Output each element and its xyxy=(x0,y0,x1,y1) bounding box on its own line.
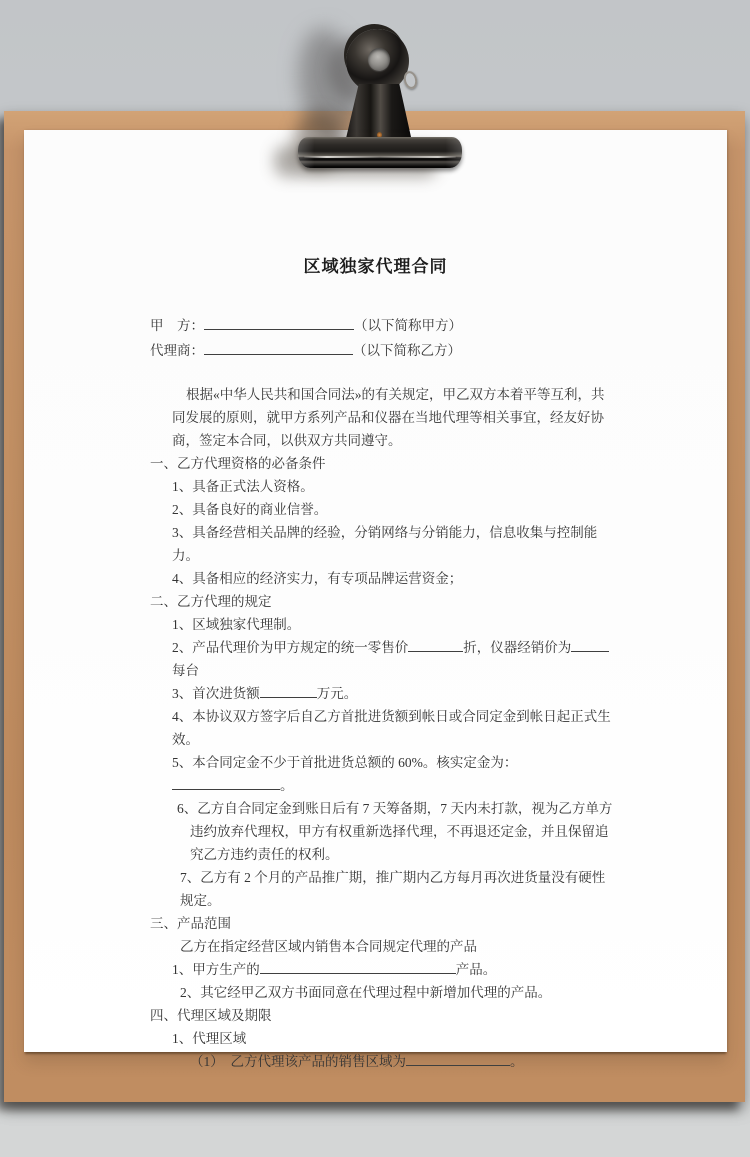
contract-line: 2、产品代理价为甲方规定的统一零售价折，仪器经销价为每台 xyxy=(172,636,615,682)
contract-text: 4、本协议双方签字后自乙方首批进货额到帐日或合同定金到帐日起正式生效。 xyxy=(172,709,611,747)
contract-line: 3、首次进货额万元。 xyxy=(172,682,615,705)
blank-underline xyxy=(571,639,609,652)
contract-text: 1、具备正式法人资格。 xyxy=(172,479,314,494)
section-heading-2: 二、乙方代理的规定 xyxy=(150,590,615,613)
party-line-dailishang: 代理商：（以下简称乙方） xyxy=(150,338,615,363)
contract-text: 2、其它经甲乙双方书面同意在代理过程中新增加代理的产品。 xyxy=(180,985,551,1000)
contract-line: 乙方在指定经营区域内销售本合同规定代理的产品 xyxy=(180,935,615,958)
contract-text: 折，仪器经销价为 xyxy=(463,640,571,655)
contract-text: 3、具备经营相关品牌的经验，分销网络与分销能力，信息收集与控制能力。 xyxy=(172,525,597,563)
contract-text: 6、乙方自合同定金到账日后有 7 天筹备期，7 天内未打款，视为乙方单方违约放弃… xyxy=(177,801,612,862)
contract-text: 2、具备良好的商业信誉。 xyxy=(172,502,327,517)
photo-background: 区域独家代理合同 甲 方：（以下简称甲方）代理商：（以下简称乙方）根据«中华人民… xyxy=(0,0,750,1157)
contract-line: 3、具备经营相关品牌的经验，分销网络与分销能力，信息收集与控制能力。 xyxy=(172,521,615,567)
blank-underline xyxy=(260,961,456,974)
contract-text: （以下简称甲方） xyxy=(354,318,462,333)
blank-underline xyxy=(204,342,353,355)
contract-text: 甲 方： xyxy=(150,318,204,333)
contract-title: 区域独家代理合同 xyxy=(143,252,608,277)
contract-line: 6、乙方自合同定金到账日后有 7 天筹备期，7 天内未打款，视为乙方单方违约放弃… xyxy=(190,797,615,866)
contract-line: 1、具备正式法人资格。 xyxy=(172,475,615,498)
party-line-jiafang: 甲 方：（以下简称甲方） xyxy=(150,313,615,338)
contract-line: 4、具备相应的经济实力，有专项品牌运营资金； xyxy=(172,567,615,590)
intro-paragraph: 根据«中华人民共和国合同法»的有关规定，甲乙双方本着平等互利，共同发展的原则，就… xyxy=(172,383,615,452)
contract-text: 一、乙方代理资格的必备条件 xyxy=(150,456,326,471)
contract-line: （1） 乙方代理该产品的销售区域为。 xyxy=(190,1050,615,1073)
clip-latch xyxy=(402,70,419,91)
contract-line: 1、代理区域 xyxy=(172,1027,615,1050)
blank-underline xyxy=(204,317,354,330)
contract-line: 5、本合同定金不少于首批进货总额的 60%。核实定金为：。 xyxy=(172,751,615,797)
contract-text: （以下简称乙方） xyxy=(353,343,461,358)
contract-text: （1） 乙方代理该产品的销售区域为 xyxy=(190,1054,406,1069)
contract-text: 三、产品范围 xyxy=(150,916,231,931)
section-heading-1: 一、乙方代理资格的必备条件 xyxy=(150,452,615,475)
contract-text: 1、区域独家代理制。 xyxy=(172,617,300,632)
blank-underline xyxy=(408,639,463,652)
contract-text: 3、首次进货额 xyxy=(172,686,260,701)
section-heading-4: 四、代理区域及期限 xyxy=(150,1004,615,1027)
contract-text: 5、本合同定金不少于首批进货总额的 60%。核实定金为： xyxy=(172,755,517,770)
clip-hole xyxy=(368,48,390,71)
contract-text: 。 xyxy=(280,778,294,793)
section-heading-3: 三、产品范围 xyxy=(150,912,615,935)
contract-text: 乙方在指定经营区域内销售本合同规定代理的产品 xyxy=(180,939,477,954)
contract-text: 代理商： xyxy=(150,343,204,358)
contract-body: 甲 方：（以下简称甲方）代理商：（以下简称乙方）根据«中华人民共和国合同法»的有… xyxy=(150,313,615,1073)
blank-underline xyxy=(260,685,317,698)
contract-text: 4、具备相应的经济实力，有专项品牌运营资金； xyxy=(172,571,462,586)
contract-text: 四、代理区域及期限 xyxy=(150,1008,272,1023)
contract-line: 7、乙方有 2 个月的产品推广期，推广期内乙方每月再次进货量没有硬性规定。 xyxy=(180,866,615,912)
contract-text: 二、乙方代理的规定 xyxy=(150,594,272,609)
contract-line: 2、具备良好的商业信誉。 xyxy=(172,498,615,521)
contract-text: 根据«中华人民共和国合同法»的有关规定，甲乙双方本着平等互利，共同发展的原则，就… xyxy=(172,387,605,448)
blank-underline xyxy=(172,777,280,790)
contract-text: 产品。 xyxy=(456,962,497,977)
contract-line: 2、其它经甲乙双方书面同意在代理过程中新增加代理的产品。 xyxy=(180,981,615,1004)
contract-text: 1、代理区域 xyxy=(172,1031,246,1046)
clip-bar xyxy=(298,137,462,168)
contract-text: 每台 xyxy=(172,663,199,678)
contract-text: 1、甲方生产的 xyxy=(172,962,260,977)
contract-line: 1、区域独家代理制。 xyxy=(172,613,615,636)
contract-line: 4、本协议双方签字后自乙方首批进货额到帐日或合同定金到帐日起正式生效。 xyxy=(172,705,615,751)
contract-text: 7、乙方有 2 个月的产品推广期，推广期内乙方每月再次进货量没有硬性规定。 xyxy=(180,870,605,908)
contract-text: 万元。 xyxy=(317,686,358,701)
contract-text: 2、产品代理价为甲方规定的统一零售价 xyxy=(172,640,408,655)
contract-paper: 区域独家代理合同 甲 方：（以下简称甲方）代理商：（以下简称乙方）根据«中华人民… xyxy=(24,130,727,1052)
contract-text: 。 xyxy=(510,1054,524,1069)
contract-line: 1、甲方生产的产品。 xyxy=(172,958,615,981)
blank-underline xyxy=(406,1053,510,1066)
